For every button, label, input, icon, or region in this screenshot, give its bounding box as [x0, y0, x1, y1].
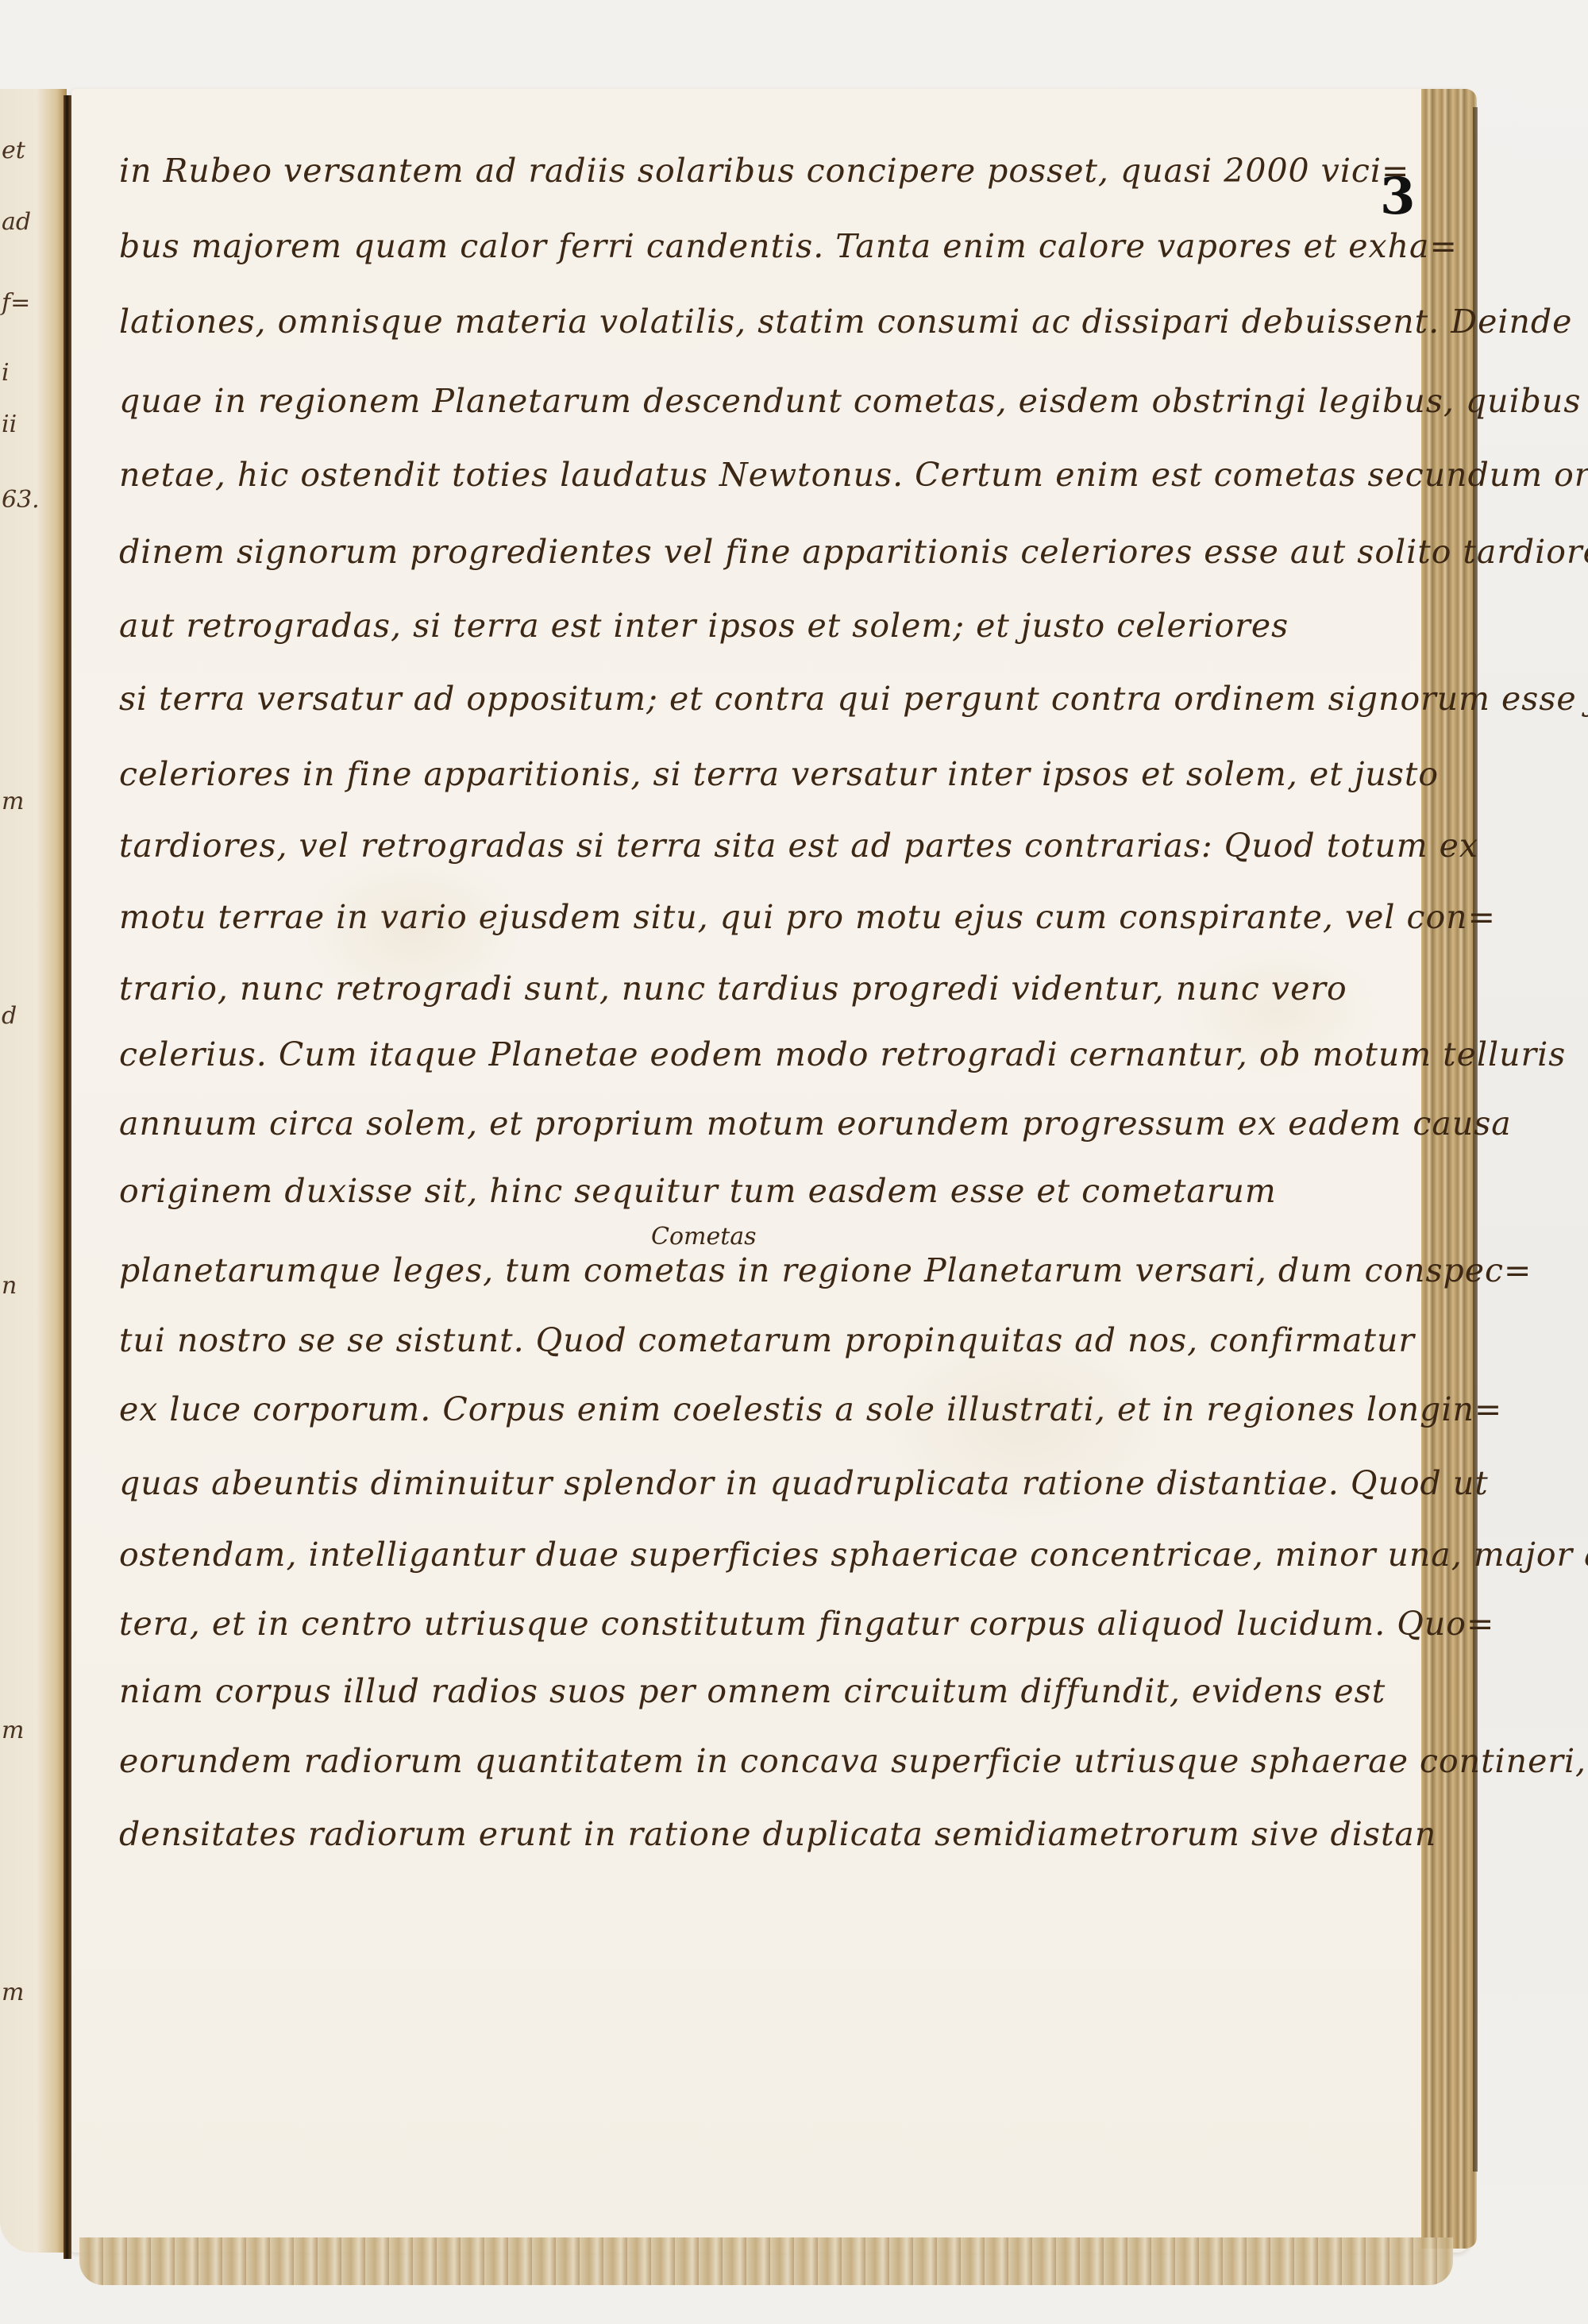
- manuscript-line: aut retrogradas, si terra est inter ipso…: [119, 610, 1469, 642]
- manuscript-line: lationes, omnisque materia volatilis, st…: [119, 306, 1469, 338]
- margin-fragment: et: [2, 137, 25, 164]
- manuscript-line: originem duxisse sit, hinc sequitur tum …: [119, 1175, 1469, 1208]
- manuscript-line: celerius. Cum itaque Planetae eodem modo…: [119, 1039, 1469, 1071]
- margin-fragment: d: [2, 1002, 17, 1030]
- margin-fragment: m: [2, 1979, 24, 2006]
- manuscript-line: trario, nunc retrogradi sunt, nunc tardi…: [119, 973, 1469, 1005]
- margin-fragment: m: [2, 1717, 24, 1744]
- manuscript-line: dinem signorum progredientes vel fine ap…: [119, 536, 1469, 568]
- margin-fragment: 63.: [2, 486, 40, 514]
- margin-fragment: ii: [2, 410, 17, 438]
- manuscript-line: netae, hic ostendit toties laudatus Newt…: [119, 459, 1469, 491]
- manuscript-line: densitates radiorum erunt in ratione dup…: [119, 1818, 1469, 1851]
- manuscript-line: ex luce corporum. Corpus enim coelestis …: [119, 1393, 1469, 1426]
- manuscript-line: quae in regionem Planetarum descendunt c…: [119, 385, 1469, 418]
- manuscript-line: in Rubeo versantem ad radiis solaribus c…: [119, 155, 1469, 187]
- margin-fragment: n: [2, 1272, 17, 1300]
- manuscript-line: annuum circa solem, et proprium motum eo…: [119, 1108, 1469, 1140]
- manuscript-line: quas abeuntis diminuitur splendor in qua…: [119, 1467, 1469, 1500]
- margin-fragment: f=: [2, 289, 30, 317]
- book-gutter: [64, 95, 71, 2259]
- margin-fragment: m: [2, 788, 24, 815]
- facing-page-edge: et ad f= i ii 63. m d n m m: [0, 89, 67, 2253]
- manuscript-line: niam corpus illud radios suos per omnem …: [119, 1675, 1469, 1708]
- manuscript-line: tera, et in centro utriusque constitutum…: [119, 1608, 1469, 1640]
- manuscript-line: bus majorem quam calor ferri candentis. …: [119, 230, 1469, 263]
- manuscript-line: celeriores in fine apparitionis, si terr…: [119, 758, 1469, 791]
- manuscript-line: planetarumque leges, tum cometas in regi…: [119, 1254, 1469, 1287]
- margin-fragment: ad: [2, 208, 31, 236]
- manuscript-line: ostendam, intelligantur duae superficies…: [119, 1539, 1469, 1571]
- manuscript-line: tui nostro se se sistunt. Quod cometarum…: [119, 1324, 1469, 1357]
- manuscript-line: tardiores, vel retrogradas si terra sita…: [119, 830, 1469, 862]
- margin-fragment: i: [2, 359, 10, 387]
- manuscript-line: motu terrae in vario ejusdem situ, qui p…: [119, 901, 1469, 934]
- manuscript-line: eorundem radiorum quantitatem in concava…: [119, 1745, 1469, 1778]
- manuscript-line: si terra versatur ad oppositum; et contr…: [119, 683, 1469, 715]
- interlinear-insertion: Cometas: [651, 1223, 757, 1251]
- page-bottom-edge: [79, 2237, 1453, 2285]
